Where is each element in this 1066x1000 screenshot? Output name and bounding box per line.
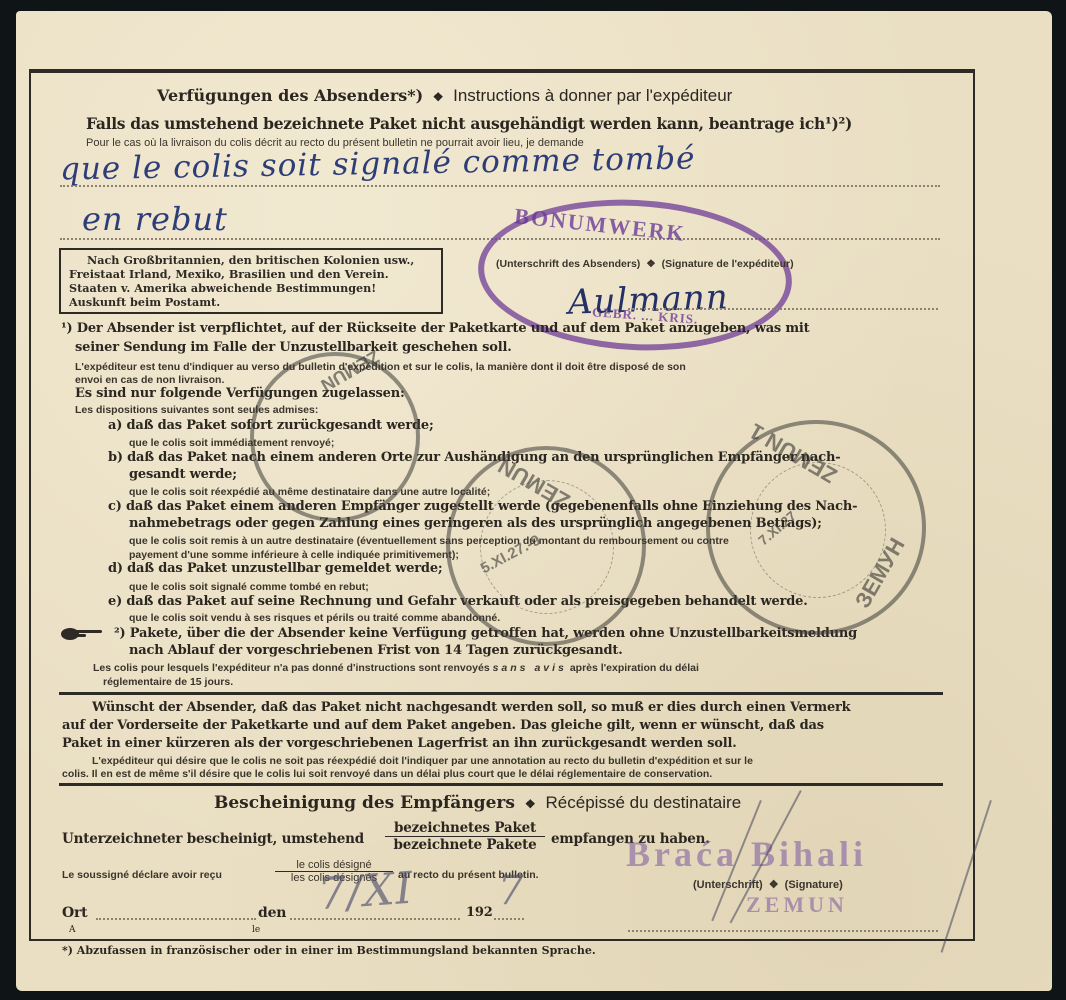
- recipient-signature-label: (Unterschrift) ❖ (Signature): [693, 878, 843, 891]
- footnote1-de-text1: Der Absender ist verpflichtet, auf der R…: [77, 321, 810, 336]
- recipient-title-fr: Récépissé du destinataire: [546, 793, 742, 812]
- notice-box: Nach Großbritannien, den britischen Kolo…: [59, 248, 443, 314]
- sender-signature-label: (Unterschrift des Absenders) ❖ (Signatur…: [496, 258, 794, 270]
- option-text: daß das Paket unzustellbar gemeldet werd…: [127, 561, 442, 576]
- footnote2-fr-line2: réglementaire de 15 jours.: [103, 676, 233, 688]
- recipient-title: Bescheinigung des Empfängers ❖ Récépissé…: [214, 793, 741, 813]
- option-b-de-2: gesandt werde;: [129, 467, 237, 482]
- forwarding-de-line1: Wünscht der Absender, daß das Paket nich…: [92, 700, 850, 715]
- place-field: [96, 918, 256, 920]
- option-e-fr: que le colis soit vendu à ses risques et…: [129, 612, 500, 624]
- cert-de-frac-top: bezeichnetes Paket: [385, 820, 545, 837]
- place-label-fr: A: [69, 925, 76, 935]
- recipient-signature-line: [628, 930, 938, 932]
- place-label: Ort: [62, 905, 87, 921]
- footnote2-fr-post: après l'expiration du délai: [570, 662, 699, 674]
- cert-de-frac-bottom: bezeichnete Pakete: [385, 837, 545, 853]
- footnote1-fr-line2: envoi en cas de non livraison.: [75, 374, 224, 386]
- option-letter: b): [108, 450, 123, 465]
- footnote1-de-line1: ¹) Der Absender ist verpflichtet, auf de…: [61, 321, 809, 336]
- notice-line: Nach Großbritannien, den britischen Kolo…: [69, 253, 435, 267]
- footnote2-fr-pre: Les colis pour lesquels l'expéditeur n'a…: [93, 662, 490, 674]
- option-letter: c): [108, 499, 122, 514]
- date-field: [290, 918, 460, 920]
- option-letter: d): [108, 561, 123, 576]
- recipient-title-de: Bescheinigung des Empfängers: [214, 793, 515, 813]
- forwarding-fr-line1: L'expéditeur qui désire que le colis ne …: [92, 755, 753, 767]
- footnote1-de-line2: seiner Sendung im Falle der Unzustellbar…: [75, 340, 512, 355]
- rule-top: [59, 692, 943, 695]
- handwritten-instruction-line2: en rebut: [82, 200, 228, 238]
- forwarding-de-line3: Paket in einer kürzeren als der vorgesch…: [62, 736, 737, 751]
- notice-line: Auskunft beim Postamt.: [69, 295, 435, 309]
- recipient-firm-stamp: Braća Bihali: [626, 833, 867, 875]
- language-footnote: *) Abzufassen in französischer oder in e…: [62, 944, 596, 957]
- cert-de-fraction: bezeichnetes Paket bezeichnete Pakete: [385, 820, 545, 853]
- separator-icon: ❖: [525, 797, 536, 811]
- option-e-de: e) daß das Paket auf seine Rechnung und …: [108, 594, 808, 609]
- sender-title: Verfügungen des Absenders*) ❖ Instructio…: [157, 86, 732, 106]
- sender-signature-label-de: (Unterschrift des Absenders): [496, 258, 640, 270]
- year-prefix: 192: [466, 905, 493, 920]
- request-de: Falls das umstehend bezeichnete Paket ni…: [86, 114, 852, 133]
- sender-title-de: Verfügungen des Absenders*): [157, 86, 423, 105]
- notice-line: Freistaat Irland, Mexiko, Brasilien und …: [69, 267, 435, 281]
- frame-top-rule: [29, 69, 975, 73]
- sender-title-fr: Instructions à donner par l'expéditeur: [453, 86, 732, 105]
- recipient-firm-stamp-city: ZEMUN: [746, 892, 848, 918]
- dotted-line-1: [60, 185, 940, 187]
- sender-signature-label-fr: (Signature de l'expéditeur): [662, 258, 794, 270]
- notice-line: Staaten v. Amerika abweichende Bestimmun…: [69, 281, 435, 295]
- separator-icon: ❖: [433, 90, 444, 104]
- pointing-hand-icon: [60, 626, 104, 638]
- option-d-de: d) daß das Paket unzustellbar gemeldet w…: [108, 561, 443, 576]
- forwarding-fr-line2: colis. Il en est de même s'il désire que…: [62, 768, 712, 780]
- sender-signature: Aulmann: [567, 277, 729, 323]
- handwritten-date: 7/XI: [316, 863, 415, 921]
- date-label-fr: le: [252, 925, 260, 935]
- rule-bottom: [59, 783, 943, 786]
- dotted-line-signature: [628, 308, 938, 310]
- year-field: [494, 918, 524, 920]
- recipient-signature-label-fr: (Signature): [785, 879, 843, 891]
- option-letter: a): [108, 418, 122, 433]
- handwritten-year: 7: [498, 868, 524, 914]
- date-label: den: [258, 905, 286, 921]
- footnote2-marker: ²): [114, 626, 125, 641]
- forwarding-de-line2: auf der Vorderseite der Paketkarte und a…: [62, 718, 824, 733]
- separator-icon: ❖: [646, 258, 655, 270]
- footnote2-de-line1: ²) Pakete, über die der Absender keine V…: [114, 626, 857, 641]
- option-letter: e): [108, 594, 122, 609]
- option-d-fr: que le colis soit signalé comme tombé en…: [129, 581, 369, 593]
- separator-icon: ❖: [769, 879, 779, 891]
- option-c-fr-2: payement d'une somme inférieure à celle …: [129, 549, 459, 561]
- footnote2-fr-line1: Les colis pour lesquels l'expéditeur n'a…: [93, 662, 699, 674]
- cert-fr-pre: Le soussigné déclare avoir reçu: [62, 869, 222, 881]
- footnote2-fr-emphasis: sans avis: [493, 662, 567, 674]
- cert-de-pre: Unterzeichneter bescheinigt, umstehend: [62, 831, 364, 847]
- footnote1-marker: ¹): [61, 321, 72, 336]
